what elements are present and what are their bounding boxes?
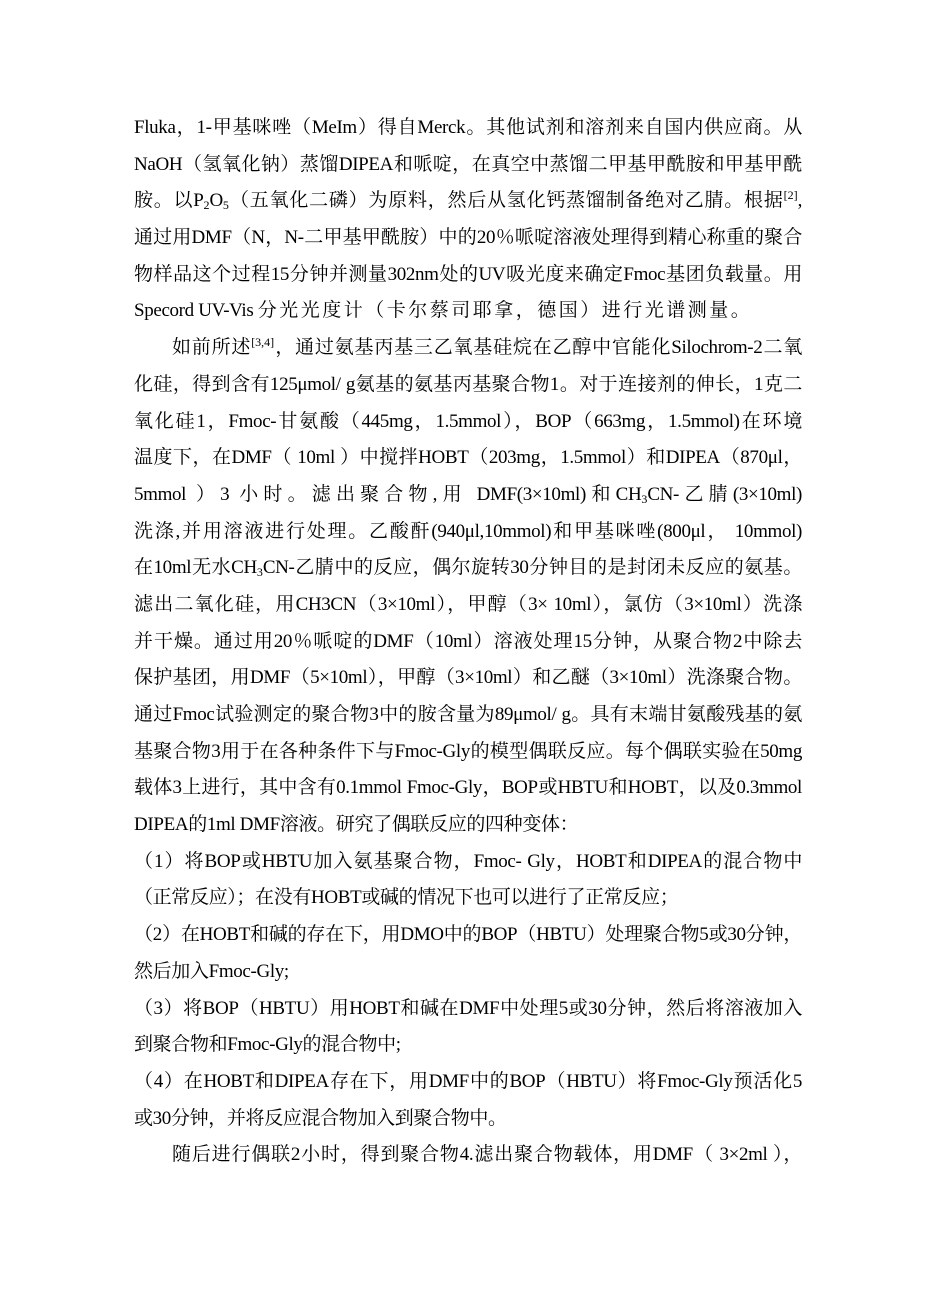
text-segment: 载体3上进行，其中含有0.1mmol Fmoc-Gly，BOP或HBTU和HOB…: [134, 777, 802, 798]
text-line: 随后进行偶联2小时，得到聚合物4.滤出聚合物载体，用DMF（ 3×2ml ），: [134, 1137, 802, 1174]
chemical-subscript: 3: [257, 565, 263, 579]
text-segment: 保护基团，用DMF（5×10ml），甲醇（3×10ml）和乙醚（3×10ml）洗…: [134, 667, 802, 688]
text-line: （4）在HOBT和DIPEA存在下，用DMF中的BOP（HBTU）将Fmoc-G…: [134, 1064, 802, 1101]
document-page: Fluka，1-甲基咪唑（MeIm）得自Merck。其他试剂和溶剂来自国内供应商…: [0, 0, 926, 1309]
reference-superscript: [2]: [784, 188, 798, 202]
text-segment: 5mmol ）3 小时。滤出聚合物,用 DMF(3×10ml)和CH: [134, 484, 641, 505]
text-segment: 分光光度计（卡尔蔡司耶拿，德国）进行光谱测量。: [258, 300, 753, 321]
text-segment: Fluka，1-甲基咪唑（MeIm）得自Merck。其他试剂和溶剂来自国内供应商…: [134, 117, 802, 138]
text-segment: （3）将BOP（HBTU）用HOBT和碱在DMF中处理5或30分钟，然后将溶液加…: [134, 998, 802, 1019]
text-line: （1）将BOP或HBTU加入氨基聚合物，Fmoc- Gly，HOBT和DIPEA…: [134, 844, 802, 881]
text-line: Specord UV-Vis 分光光度计（卡尔蔡司耶拿，德国）进行光谱测量。: [134, 293, 802, 330]
text-line: 氧化硅1，Fmoc-甘氨酸（445mg，1.5mmol），BOP（663mg，1…: [134, 404, 802, 441]
reference-superscript: [3,4]: [251, 335, 274, 349]
text-line: 并干燥。通过用20％哌啶的DMF（10ml）溶液处理15分钟，从聚合物2中除去F…: [134, 624, 802, 661]
text-line: Fluka，1-甲基咪唑（MeIm）得自Merck。其他试剂和溶剂来自国内供应商…: [134, 110, 802, 147]
text-segment: 洗涤,并用溶液进行处理。乙酸酐(940μl,10mmol)和甲基咪唑(800μl…: [134, 521, 802, 542]
text-line: 保护基团，用DMF（5×10ml），甲醇（3×10ml）和乙醚（3×10ml）洗…: [134, 660, 802, 697]
text-segment: O: [210, 190, 223, 211]
text-line: 基聚合物3用于在各种条件下与Fmoc-Gly的模型偶联反应。每个偶联实验在50m…: [134, 734, 802, 771]
text-segment: 并干燥。通过用20％哌啶的DMF（10ml）溶液处理15分钟，从聚合物2中除去F…: [134, 631, 802, 661]
text-segment: CN-乙腈(3×10ml): [647, 484, 802, 505]
text-segment: CN-乙腈中的反应，偶尔旋转30分钟目的是封闭未反应的氨基。: [263, 557, 802, 578]
text-line: 如前所述[3,4]，通过氨基丙基三乙氧基硅烷在乙醇中官能化Silochrom-2…: [134, 330, 802, 367]
text-segment: ,: [798, 190, 802, 211]
text-segment: 化硅，得到含有125μmol/ g氨基的氨基丙基聚合物1。对于连接剂的伸长，1克…: [134, 374, 802, 395]
text-line: （2）在HOBT和碱的存在下，用DMO中的BOP（HBTU）处理聚合物5或30分…: [134, 917, 802, 954]
text-segment: （正常反应）；在没有HOBT或碱的情况下也可以进行了正常反应；: [134, 887, 678, 908]
text-segment: （4）在HOBT和DIPEA存在下，用DMF中的BOP（HBTU）将Fmoc-G…: [134, 1071, 802, 1092]
text-segment: 氧化硅1，Fmoc-甘氨酸（445mg，1.5mmol），BOP（663mg，1…: [134, 411, 802, 432]
text-line: 到聚合物和Fmoc-Gly的混合物中;: [134, 1027, 802, 1064]
text-line: 洗涤,并用溶液进行处理。乙酸酐(940μl,10mmol)和甲基咪唑(800μl…: [134, 514, 802, 551]
text-segment: 随后进行偶联2小时，得到聚合物4.滤出聚合物载体，用DMF（ 3×2ml ），: [172, 1144, 802, 1165]
text-segment: （五氧化二磷）为原料，然后从氢化钙蒸馏制备绝对乙腈。根据: [229, 190, 784, 211]
text-segment: 到聚合物和Fmoc-Gly的混合物中;: [134, 1034, 401, 1055]
chemical-subscript: 2: [204, 198, 210, 212]
text-segment: 通过用DMF（N，N-二甲基甲酰胺）中的20％哌啶溶液处理得到精心称重的聚合: [134, 227, 802, 248]
text-line: 然后加入Fmoc-Gly;: [134, 954, 802, 991]
text-line: 载体3上进行，其中含有0.1mmol Fmoc-Gly，BOP或HBTU和HOB…: [134, 770, 802, 807]
text-segment: 滤出二氧化硅，用CH3CN（3×10ml），甲醇（3× 10ml），氯仿（3×1…: [134, 594, 802, 615]
chemical-subscript: 5: [223, 198, 229, 212]
text-line: NaOH（氢氧化钠）蒸馏DIPEA和哌啶，在真空中蒸馏二甲基甲酰胺和甲基甲酰: [134, 147, 802, 184]
chemical-subscript: 3: [641, 492, 647, 506]
text-segment: 胺。以P: [134, 190, 204, 211]
text-segment: （2）在HOBT和碱的存在下，用DMO中的BOP（HBTU）处理聚合物5或30分…: [134, 924, 802, 945]
text-line: 通过用DMF（N，N-二甲基甲酰胺）中的20％哌啶溶液处理得到精心称重的聚合: [134, 220, 802, 257]
text-line: 滤出二氧化硅，用CH3CN（3×10ml），甲醇（3× 10ml），氯仿（3×1…: [134, 587, 802, 624]
text-segment: 物样品这个过程15分钟并测量302nm处的UV吸光度来确定Fmoc基团负载量。用: [134, 264, 802, 285]
text-block: Fluka，1-甲基咪唑（MeIm）得自Merck。其他试剂和溶剂来自国内供应商…: [134, 110, 802, 1174]
text-line: DIPEA的1ml DMF溶液。研究了偶联反应的四种变体：: [134, 807, 802, 844]
text-segment: 在10ml无水CH: [134, 557, 257, 578]
text-segment: 基聚合物3用于在各种条件下与Fmoc-Gly的模型偶联反应。每个偶联实验在50m…: [134, 741, 802, 762]
text-line: 或30分钟，并将反应混合物加入到聚合物中。: [134, 1101, 802, 1138]
text-line: 5mmol ）3 小时。滤出聚合物,用 DMF(3×10ml)和CH3CN-乙腈…: [134, 477, 802, 514]
text-segment: 如前所述: [172, 337, 251, 358]
text-line: （正常反应）；在没有HOBT或碱的情况下也可以进行了正常反应；: [134, 880, 802, 917]
text-line: 通过Fmoc试验测定的聚合物3中的胺含量为89μmol/ g。具有末端甘氨酸残基…: [134, 697, 802, 734]
text-segment: 或30分钟，并将反应混合物加入到聚合物中。: [134, 1108, 507, 1129]
text-line: （3）将BOP（HBTU）用HOBT和碱在DMF中处理5或30分钟，然后将溶液加…: [134, 991, 802, 1028]
text-line: 物样品这个过程15分钟并测量302nm处的UV吸光度来确定Fmoc基团负载量。用: [134, 257, 802, 294]
text-line: 温度下，在DMF（ 10ml ）中搅拌HOBT（203mg，1.5mmol）和D…: [134, 440, 802, 477]
text-segment: Specord UV-Vis: [134, 300, 258, 321]
text-segment: （1）将BOP或HBTU加入氨基聚合物，Fmoc- Gly，HOBT和DIPEA…: [134, 851, 802, 872]
text-line: 胺。以P2O5（五氧化二磷）为原料，然后从氢化钙蒸馏制备绝对乙腈。根据[2],: [134, 183, 802, 220]
text-line: 在10ml无水CH3CN-乙腈中的反应，偶尔旋转30分钟目的是封闭未反应的氨基。: [134, 550, 802, 587]
text-segment: 然后加入Fmoc-Gly;: [134, 961, 289, 982]
text-segment: NaOH（氢氧化钠）蒸馏DIPEA和哌啶，在真空中蒸馏二甲基甲酰胺和甲基甲酰: [134, 154, 802, 175]
text-segment: DIPEA的1ml DMF溶液。研究了偶联反应的四种变体：: [134, 814, 578, 835]
text-segment: 温度下，在DMF（ 10ml ）中搅拌HOBT（203mg，1.5mmol）和D…: [134, 447, 802, 468]
text-segment: ，通过氨基丙基三乙氧基硅烷在乙醇中官能化Silochrom-2二氧: [274, 337, 802, 358]
text-segment: 通过Fmoc试验测定的聚合物3中的胺含量为89μmol/ g。具有末端甘氨酸残基…: [134, 704, 802, 725]
text-line: 化硅，得到含有125μmol/ g氨基的氨基丙基聚合物1。对于连接剂的伸长，1克…: [134, 367, 802, 404]
